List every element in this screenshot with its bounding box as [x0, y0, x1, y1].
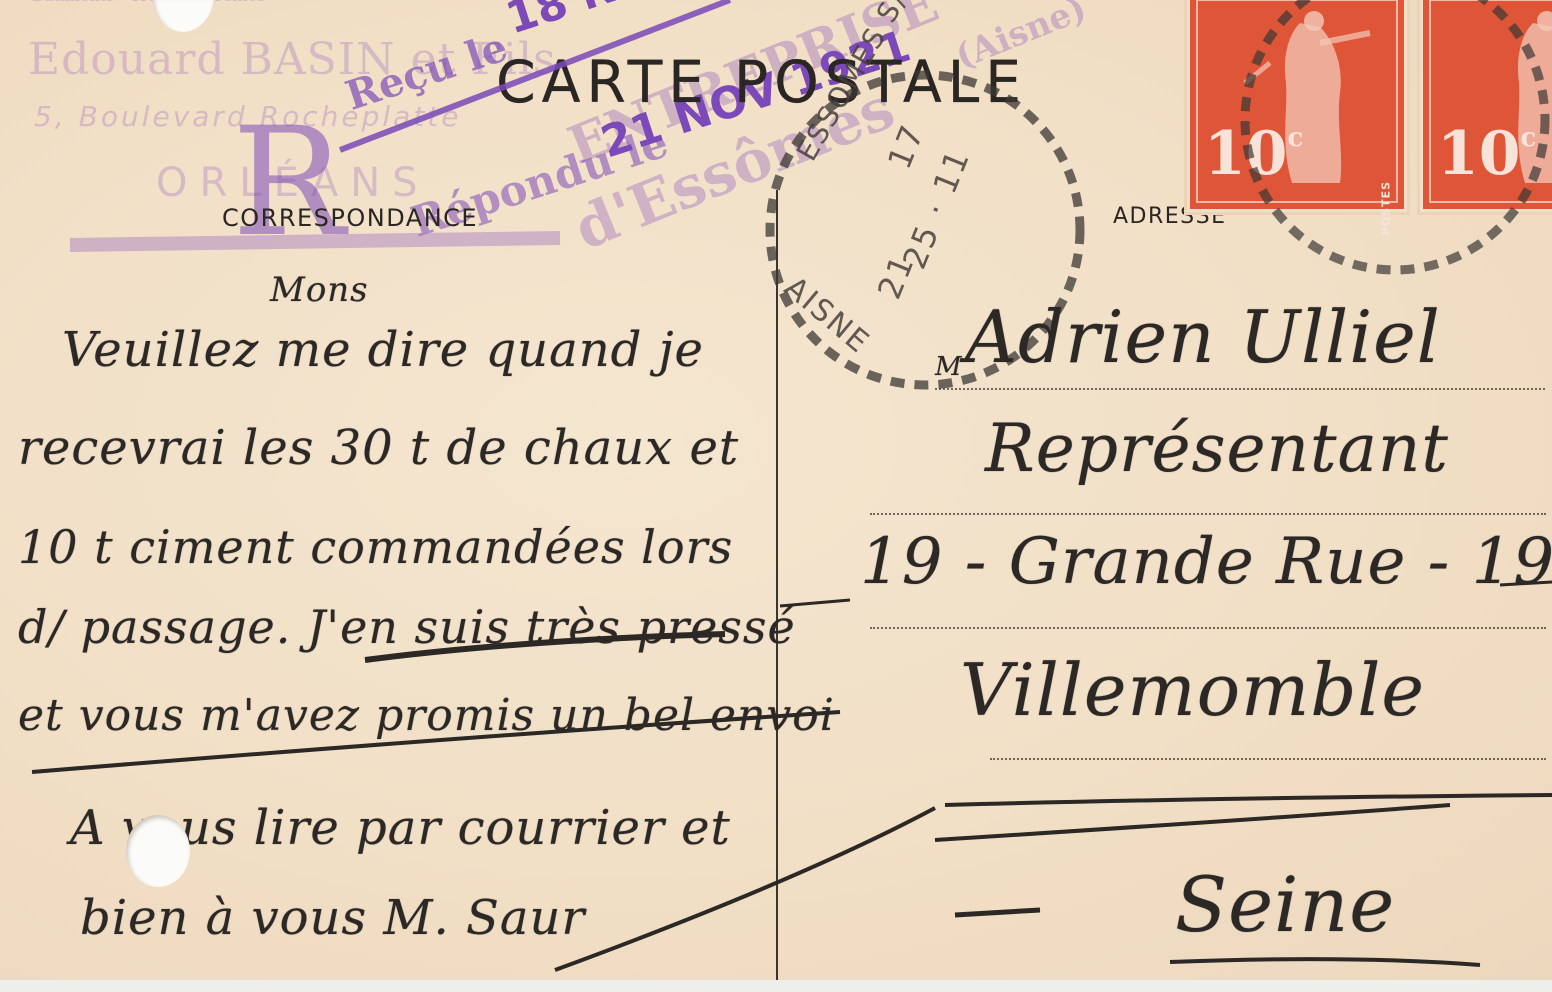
address-line-3: [870, 627, 1546, 629]
address-line-1: [935, 388, 1545, 390]
message-salutation: Mons: [270, 270, 369, 310]
message-line-4: d/ passage. J'en suis très pressé: [18, 600, 796, 654]
card-title: CARTE POSTALE: [496, 48, 1027, 116]
message-line-5: et vous m'avez promis un bel envoi: [18, 690, 835, 741]
scan-background-strip: [0, 980, 1552, 992]
recipient-title: Représentant: [985, 410, 1449, 487]
recipient-city: Villemomble: [960, 648, 1425, 732]
postage-stamp: 10c POSTES: [1420, 0, 1552, 212]
postmark-department: AISNE: [778, 270, 877, 361]
answered-initial: R: [232, 96, 345, 270]
address-line-4: [990, 758, 1546, 760]
stamp-value: 10c: [1437, 119, 1536, 189]
sender-trade-line: Bâtiments · Travaux · Usines: [32, 0, 266, 5]
postcard-back: Bâtiments · Travaux · Usines Edouard BAS…: [0, 0, 1552, 980]
stamp-value: 10c: [1204, 119, 1303, 189]
punch-hole-bottom: [126, 815, 190, 887]
address-line-2: [870, 513, 1546, 515]
message-line-3: 10 t ciment commandées lors: [18, 520, 733, 574]
message-line-7: bien à vous M. Saur: [80, 890, 585, 946]
recipient-name: Adrien Ulliel: [965, 295, 1441, 379]
recipient-prefix: M: [935, 352, 963, 382]
recipient-street: 19 - Grande Rue - 19: [860, 525, 1552, 599]
message-line-1: Veuillez me dire quand je: [62, 322, 704, 378]
received-date: 18 NOV: [500, 0, 690, 45]
postage-stamp: 10c POSTES: [1187, 0, 1407, 212]
punch-hole-top: [152, 0, 214, 32]
center-divider: [776, 190, 778, 980]
message-line-2: recevrai les 30 t de chaux et: [18, 420, 739, 476]
correspondence-label: CORRESPONDANCE: [222, 204, 478, 232]
stamp-postes-label: POSTES: [1379, 181, 1392, 235]
recipient-department: Seine: [1175, 860, 1395, 949]
